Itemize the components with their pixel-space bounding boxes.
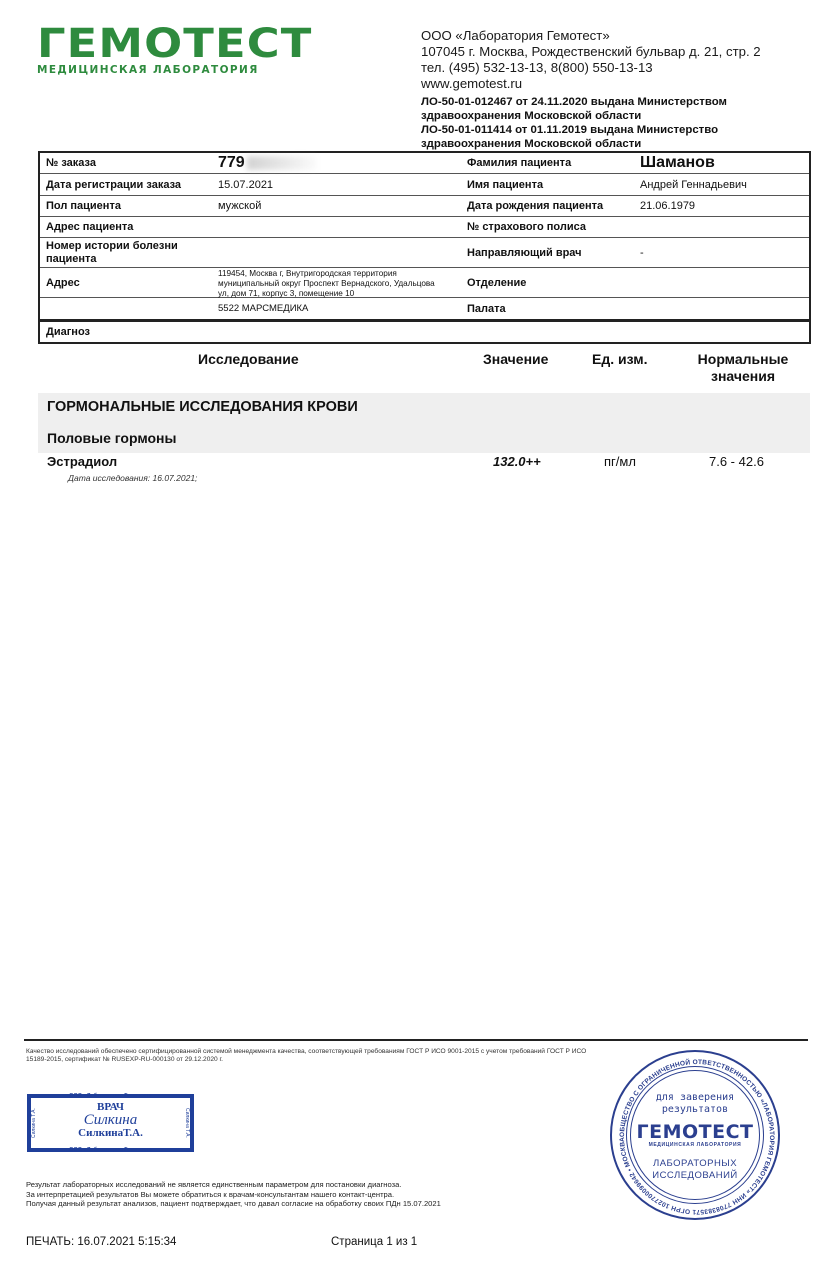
doctor-label: Направляющий врач bbox=[463, 238, 634, 267]
footer-divider bbox=[24, 1039, 808, 1041]
gemotest-logo: ГЕМОТЕСТ МЕДИЦИНСКАЯ ЛАБОРАТОРИЯ bbox=[37, 27, 309, 76]
license-line: здравоохранения Московской области bbox=[421, 137, 821, 151]
logo-title: ГЕМОТЕСТ bbox=[37, 27, 342, 61]
license-line: здравоохранения Московской области bbox=[421, 109, 821, 123]
dob-value: 21.06.1979 bbox=[634, 196, 809, 216]
result-row: Эстрадиол 132.0++ пг/мл 7.6 - 42.6 bbox=[38, 454, 811, 472]
policy-value bbox=[634, 217, 809, 237]
patient-address-value bbox=[212, 217, 463, 237]
surname-label: Фамилия пациента bbox=[463, 153, 634, 173]
column-unit: Ед. изм. bbox=[592, 351, 647, 367]
seal-bottom-line: ИССЛЕДОВАНИЙ bbox=[612, 1170, 778, 1182]
seal-bottom-text: ЛАБОРАТОРНЫХ ИССЛЕДОВАНИЙ bbox=[612, 1158, 778, 1182]
disclaimer-line: Получая данный результат анализов, пацие… bbox=[26, 1199, 586, 1209]
seal-logo-sub: МЕДИЦИНСКАЯ ЛАБОРАТОРИЯ bbox=[612, 1142, 778, 1148]
seal-top-text: для заверения результатов bbox=[612, 1092, 778, 1116]
doctor-value: - bbox=[634, 238, 809, 267]
signature: Силкина bbox=[31, 1113, 190, 1127]
patient-row: № заказа 779 Фамилия пациента Шаманов bbox=[40, 153, 809, 174]
department-value bbox=[634, 268, 809, 297]
sex-label: Пол пациента bbox=[40, 196, 212, 216]
page-number: Страница 1 из 1 bbox=[331, 1236, 417, 1248]
patient-row: 5522 МАРСМЕДИКА Палата bbox=[40, 298, 809, 319]
company-website: www.gemotest.ru bbox=[421, 76, 821, 92]
dob-label: Дата рождения пациента bbox=[463, 196, 634, 216]
company-phone: тел. (495) 532-13-13, 8(800) 550-13-13 bbox=[421, 60, 821, 76]
address-line: 119454, Москва г, Внутригородская террит… bbox=[218, 269, 457, 279]
seal-top-line: результатов bbox=[612, 1104, 778, 1116]
disclaimer: Результат лабораторных исследований не я… bbox=[26, 1180, 586, 1209]
clinic-label bbox=[40, 298, 212, 319]
disclaimer-line: За интерпретацией результатов Вы можете … bbox=[26, 1190, 586, 1200]
order-label: № заказа bbox=[40, 153, 212, 173]
name-label: Имя пациента bbox=[463, 174, 634, 195]
sex-value: мужской bbox=[212, 196, 463, 216]
patient-row: Адрес пациента № страхового полиса bbox=[40, 217, 809, 238]
subsection-title: Половые гормоны bbox=[47, 430, 176, 446]
patient-row: Дата регистрации заказа 15.07.2021 Имя п… bbox=[40, 174, 809, 196]
ward-value bbox=[634, 298, 809, 319]
surname-value: Шаманов bbox=[634, 153, 809, 173]
department-label: Отделение bbox=[463, 268, 634, 297]
company-info: ООО «Лаборатория Гемотест» 107045 г. Мос… bbox=[421, 28, 821, 151]
stamp-ring-text: ООО «Лаборатория Гемотест» bbox=[31, 1147, 190, 1153]
result-value: 132.0++ bbox=[493, 454, 541, 469]
stamp-side-text: Силкина Т.А. bbox=[184, 1102, 190, 1144]
patient-row: Адрес 119454, Москва г, Внутригородская … bbox=[40, 268, 809, 298]
license-line: ЛО-50-01-011414 от 01.11.2019 выдана Мин… bbox=[421, 123, 821, 137]
order-value: 779 bbox=[212, 153, 463, 173]
license-line: ЛО-50-01-012467 от 24.11.2020 выдана Мин… bbox=[421, 95, 821, 109]
quality-statement: Качество исследований обеспечено сертифи… bbox=[26, 1048, 596, 1064]
lab-seal-stamp: ОБЩЕСТВО С ОГРАНИЧЕННОЙ ОТВЕТСТВЕННОСТЬЮ… bbox=[610, 1050, 780, 1220]
address-line: муниципальный округ Проспект Вернадского… bbox=[218, 279, 457, 289]
company-address: 107045 г. Москва, Рождественский бульвар… bbox=[421, 44, 821, 60]
seal-bottom-line: ЛАБОРАТОРНЫХ bbox=[612, 1158, 778, 1170]
history-label: Номер истории болезни пациента bbox=[40, 238, 212, 267]
diagnosis-box: Диагноз bbox=[38, 320, 811, 344]
result-norm: 7.6 - 42.6 bbox=[709, 454, 764, 469]
patient-row: Номер истории болезни пациента Направляю… bbox=[40, 238, 809, 268]
redacted-blur bbox=[247, 156, 317, 170]
address-value: 119454, Москва г, Внутригородская террит… bbox=[212, 268, 463, 297]
column-norm-line: значения bbox=[688, 368, 798, 385]
ward-label: Палата bbox=[463, 298, 634, 319]
diagnosis-label: Диагноз bbox=[46, 326, 90, 338]
doctor-name: СилкинаТ.А. bbox=[31, 1127, 190, 1139]
stamp-side-text: Силкина Т.А. bbox=[31, 1102, 37, 1144]
results-header: Исследование Значение Ед. изм. Нормальны… bbox=[38, 351, 811, 391]
policy-label: № страхового полиса bbox=[463, 217, 634, 237]
reg-date-label: Дата регистрации заказа bbox=[40, 174, 212, 195]
disclaimer-line: Результат лабораторных исследований не я… bbox=[26, 1180, 586, 1190]
clinic-value: 5522 МАРСМЕДИКА bbox=[212, 298, 463, 319]
company-name: ООО «Лаборатория Гемотест» bbox=[421, 28, 821, 44]
reg-date-value: 15.07.2021 bbox=[212, 174, 463, 195]
print-timestamp: ПЕЧАТЬ: 16.07.2021 5:15:34 bbox=[26, 1236, 176, 1248]
column-norm: Нормальные значения bbox=[688, 351, 798, 385]
stamp-ring-text: ООО «Лаборатория Гемотест» bbox=[31, 1093, 190, 1099]
column-study: Исследование bbox=[198, 351, 299, 367]
name-value: Андрей Геннадьевич bbox=[634, 174, 809, 195]
order-number: 779 bbox=[218, 154, 245, 172]
result-date-note: Дата исследования: 16.07.2021; bbox=[68, 473, 197, 483]
patient-info-table: № заказа 779 Фамилия пациента Шаманов Да… bbox=[38, 151, 811, 321]
patient-row: Пол пациента мужской Дата рождения пацие… bbox=[40, 196, 809, 217]
license-block: ЛО-50-01-012467 от 24.11.2020 выдана Мин… bbox=[421, 95, 821, 151]
column-value: Значение bbox=[483, 351, 548, 367]
history-value bbox=[212, 238, 463, 267]
result-unit: пг/мл bbox=[604, 454, 636, 469]
seal-top-line: для заверения bbox=[612, 1092, 778, 1104]
section-title: ГОРМОНАЛЬНЫЕ ИССЛЕДОВАНИЯ КРОВИ bbox=[47, 399, 358, 415]
seal-logo: ГЕМОТЕСТ bbox=[612, 1122, 778, 1142]
result-name: Эстрадиол bbox=[47, 454, 117, 469]
patient-address-label: Адрес пациента bbox=[40, 217, 212, 237]
column-norm-line: Нормальные bbox=[688, 351, 798, 368]
doctor-stamp: ООО «Лаборатория Гемотест» Силкина Т.А. … bbox=[27, 1094, 194, 1152]
address-label: Адрес bbox=[40, 268, 212, 297]
